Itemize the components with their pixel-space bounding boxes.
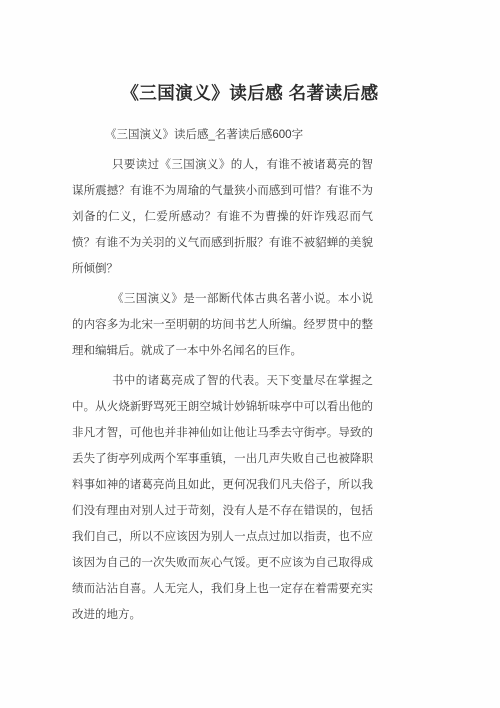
article-body: 《三国演义》读后感_名著读后感600字 只要读过《三国演义》的人，有谁不被诸葛亮…	[72, 122, 373, 628]
paragraph-book-summary: 《三国演义》是一部断代体古典名著小说。本小说的内容多为北宋一至明朝的坊间书艺人所…	[72, 286, 373, 364]
paragraph-reflection: 书中的诸葛亮成了智的代表。天下变量尽在掌握之中。从火烧新野骂死王朗空城计妙锦斩味…	[72, 368, 373, 628]
page-title: 《三国演义》读后感 名著读后感	[0, 80, 500, 106]
article-subtitle: 《三国演义》读后感_名著读后感600字	[72, 122, 373, 148]
document-page: 《三国演义》读后感 名著读后感 《三国演义》读后感_名著读后感600字 只要读过…	[0, 0, 500, 708]
paragraph-intro: 只要读过《三国演义》的人，有谁不被诸葛亮的智谋所震撼？有谁不为周瑜的气量狭小而感…	[72, 152, 373, 282]
